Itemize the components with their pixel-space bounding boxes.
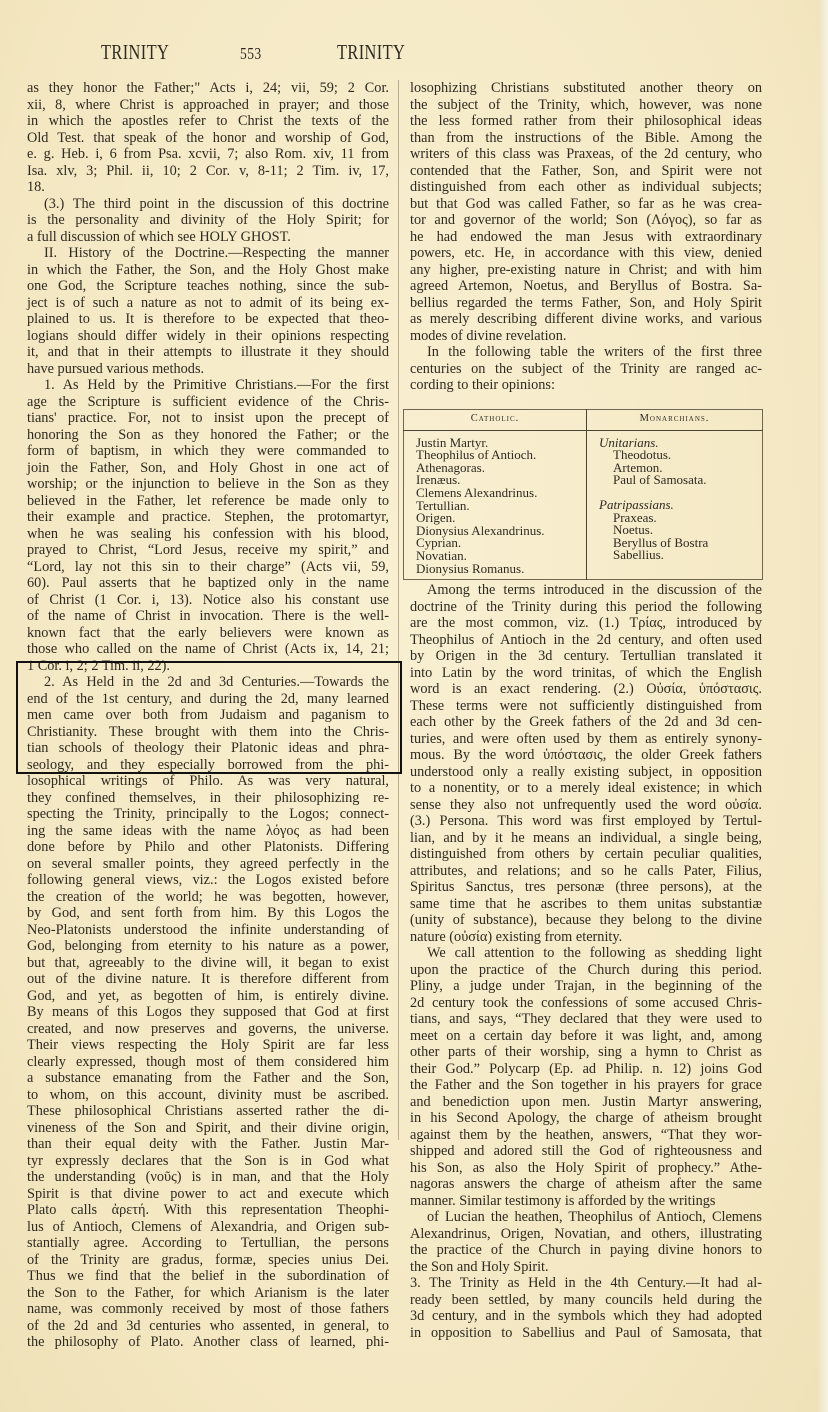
text-line: their example and practice. Stephen, the…	[27, 509, 389, 526]
text-line: out of the divine nature. It is therefor…	[27, 971, 389, 988]
text-line: distinguished from each other as individ…	[410, 179, 762, 196]
text-line: word is an exact rendering. (2.) Οὐσία, …	[410, 681, 762, 698]
text-line: Old Test. that speak of the honor and wo…	[27, 130, 389, 147]
text-line: distinguished from others by certain pec…	[410, 846, 762, 863]
text-line: by God, and sent forth from him. By this…	[27, 905, 389, 922]
running-header: TRINITY 553 TRINITY	[0, 40, 828, 70]
monarchian-writer: Paul of Samosata.	[613, 474, 758, 487]
unitarians-list: Theodotus.Artemon.Paul of Samosata.	[599, 449, 758, 487]
page-edge	[818, 0, 828, 1412]
monarchians-cell: Unitarians. Theodotus.Artemon.Paul of Sa…	[587, 430, 763, 580]
text-line: 60). Paul asserts that he baptized only …	[27, 575, 389, 592]
text-line: by Origen in the 3d century. Tertullian …	[410, 648, 762, 665]
text-line: the Father and the Son together in his p…	[410, 1077, 762, 1094]
text-line: prayed to Christ, “Lord Jesus, receive m…	[27, 542, 389, 559]
text-line: 2. As Held in the 2d and 3d Centuries.—T…	[27, 674, 389, 691]
text-line: lus of Antioch, Clemens of Alexandria, a…	[27, 1219, 389, 1236]
text-line: end of the 1st century, and during the 2…	[27, 691, 389, 708]
text-line: logians should differ widely in their op…	[27, 328, 389, 345]
catholic-cell: Justin Martyr.Theophilus of Antioch.Athe…	[404, 430, 587, 580]
text-line: honoring the Son as they honored the Fat…	[27, 427, 389, 444]
text-line: Their views respecting the Holy Spirit a…	[27, 1037, 389, 1054]
text-line: tian schools of theology their Platonic …	[27, 740, 389, 757]
text-line: he had endowed the man Jesus with extrao…	[410, 229, 762, 246]
text-line: same time that he ascribes to them unita…	[410, 896, 762, 913]
text-line: We call attention to the following as sh…	[410, 945, 762, 962]
text-line: done before by Philo and other Platonist…	[27, 839, 389, 856]
catholic-writer: Dionysius Romanus.	[416, 563, 582, 576]
text-line: known fact that the early believers were…	[27, 625, 389, 642]
text-line: one God, the Scripture teaches nothing, …	[27, 278, 389, 295]
text-line: the Son and Holy Spirit.	[410, 1259, 762, 1276]
text-line: the subject of the Trinity, which, howev…	[410, 97, 762, 114]
text-line: plained to us. It is therefore to be exp…	[27, 311, 389, 328]
text-line: vineness of the Son and Spirit, and thei…	[27, 1120, 389, 1137]
text-line: when he was sealing his confession with …	[27, 526, 389, 543]
text-line: the Son to the Father, for which Arianis…	[27, 1285, 389, 1302]
text-line: than from the instructions of the Bible.…	[410, 130, 762, 147]
text-line: men came over both from Judaism and paga…	[27, 707, 389, 724]
text-line: upon the practice of the Church during t…	[410, 962, 762, 979]
text-line: age the Scripture is sufficient evidence…	[27, 394, 389, 411]
header-right-title: TRINITY	[337, 40, 405, 65]
text-line: believed in the Father, let reference be…	[27, 493, 389, 510]
monarchian-writer: Sabellius.	[613, 549, 758, 562]
text-line: specting the Trinity, principally to the…	[27, 806, 389, 823]
text-line: tyr expressly declares that the Son is i…	[27, 1153, 389, 1170]
text-line: have pursued various methods.	[27, 361, 389, 378]
text-line: writers of this class was Praxeas, of th…	[410, 146, 762, 163]
text-line: modes of divine revelation.	[410, 328, 762, 345]
text-line: In the following table the writers of th…	[410, 344, 762, 361]
text-line: 1 Cor. i, 2; 2 Tim. ii, 22).	[27, 658, 389, 675]
text-line: ject is of such a nature as not to admit…	[27, 295, 389, 312]
text-line: join the Father, Son, and Holy Ghost in …	[27, 460, 389, 477]
text-line: attributes, and relations; and so he cal…	[410, 863, 762, 880]
catholic-list: Justin Martyr.Theophilus of Antioch.Athe…	[416, 437, 582, 576]
text-line: Spiritus Sanctus, tres personæ (three pe…	[410, 879, 762, 896]
text-line: shipped and adored still the God of righ…	[410, 1143, 762, 1160]
text-line: nagoras answers the charge of atheism af…	[410, 1176, 762, 1193]
text-line: as merely describing different divine wo…	[410, 311, 762, 328]
text-line: These terms were not sufficiently distin…	[410, 698, 762, 715]
text-line: against them by the heathen, answers, “T…	[410, 1127, 762, 1144]
text-line: II. History of the Doctrine.—Respecting …	[27, 245, 389, 262]
text-line: contended that the Father, Son, and Spir…	[410, 163, 762, 180]
text-line: losophical writings of Philo. As was ver…	[27, 773, 389, 790]
text-line: of the 2d and 3d centuries who assented,…	[27, 1318, 389, 1335]
text-line: God, and yet, as begotten of him, is ent…	[27, 988, 389, 1005]
text-line: their God.” Polycarp (Ep. ad Philip. n. …	[410, 1061, 762, 1078]
text-line: into Latin by the word trinitas, of whic…	[410, 665, 762, 682]
text-line: Alexandrinus, Origen, Novatian, and othe…	[410, 1226, 762, 1243]
text-line: losophizing Christians substituted anoth…	[410, 80, 762, 97]
text-line: other parts of their worship, sing a hym…	[410, 1044, 762, 1061]
text-line: Isa. xlv, 3; Phil. ii, 10; 2 Cor. v, 8-1…	[27, 163, 389, 180]
table-header-monarchians: Monarchians.	[587, 410, 763, 431]
text-line: created, and now preserves and governs, …	[27, 1021, 389, 1038]
header-left-title: TRINITY	[101, 40, 169, 65]
page-number: 553	[240, 44, 262, 64]
text-line: tians' practice. For, not to insist upon…	[27, 410, 389, 427]
text-line: Pliny, a judge under Trajan, in the begi…	[410, 978, 762, 995]
text-line: Thus we find that the belief in the subo…	[27, 1268, 389, 1285]
text-line: doctrine of the Trinity during this peri…	[410, 599, 762, 616]
text-line: and benediction upon men. Justin Martyr …	[410, 1094, 762, 1111]
text-line: bellius regarded the terms Father, Son, …	[410, 295, 762, 312]
text-line: 3d century, and in the symbols which the…	[410, 1308, 762, 1325]
text-line: on several smaller points, they agreed p…	[27, 856, 389, 873]
text-line: in his Second Apology, the charge of ath…	[410, 1110, 762, 1127]
text-line: but that, agreeably to the divine will, …	[27, 955, 389, 972]
text-line: each other by the Greek fathers of the 2…	[410, 714, 762, 731]
text-line: 3. The Trinity as Held in the 4th Centur…	[410, 1275, 762, 1292]
text-line: agreed Artemon, Noetus, and Beryllus of …	[410, 278, 762, 295]
text-line: of Lucian the heathen, Theophilus of Ant…	[410, 1209, 762, 1226]
text-line: those who called on the name of Christ (…	[27, 641, 389, 658]
text-line: name, was commonly received by most of t…	[27, 1301, 389, 1318]
text-line: following general views, viz.: the Logos…	[27, 872, 389, 889]
writers-table: Catholic. Monarchians. Justin Martyr.The…	[403, 409, 763, 580]
text-line: the creation of the world; he was begott…	[27, 889, 389, 906]
table-header-catholic: Catholic.	[404, 410, 587, 431]
text-line: to whom, on this account, divinity must …	[27, 1087, 389, 1104]
text-line: form of baptism, in which they were comm…	[27, 443, 389, 460]
text-line: e. g. Heb. i, 6 from Psa. xcvii, 7; also…	[27, 146, 389, 163]
text-line: his Son, as also the Holy Spirit of prop…	[410, 1160, 762, 1177]
text-line: it, and that in their attempts to illust…	[27, 344, 389, 361]
text-line: worship; or the injunction to believe in…	[27, 476, 389, 493]
left-column: as they honor the Father;" Acts i, 24; v…	[27, 80, 389, 1351]
text-line: lian, and by it he means an individual, …	[410, 830, 762, 847]
text-line: tor and governor of the world; Son (Λόγο…	[410, 212, 762, 229]
text-line: in opposition to Sabellius and Paul of S…	[410, 1325, 762, 1342]
right-column-bottom: Among the terms introduced in the discus…	[410, 582, 762, 1341]
text-line: cording to their opinions:	[410, 377, 762, 394]
text-line: stantially agree. According to Tertullia…	[27, 1235, 389, 1252]
right-column-top: losophizing Christians substituted anoth…	[410, 80, 762, 394]
text-line: to a nonentity, or to a merely ideal exi…	[410, 780, 762, 797]
text-line: the less formed rather from their philos…	[410, 113, 762, 130]
text-line: centuries on the subject of the Trinity …	[410, 361, 762, 378]
text-line: 2d century took the confessions of some …	[410, 995, 762, 1012]
text-line: By means of this Logos they supposed tha…	[27, 1004, 389, 1021]
text-line: Among the terms introduced in the discus…	[410, 582, 762, 599]
text-line: ing the same ideas with the name λόγος a…	[27, 823, 389, 840]
text-line: These philosophical Christians asserted …	[27, 1103, 389, 1120]
text-line: clearly expressed, though most of them c…	[27, 1054, 389, 1071]
text-line: than their equal deity with the Father. …	[27, 1136, 389, 1153]
text-line: understood only a really existing subjec…	[410, 764, 762, 781]
text-line: in which the Father, the Son, and the Ho…	[27, 262, 389, 279]
text-line: (unity of substance), because they belon…	[410, 912, 762, 929]
text-line: of the name of Christ in invocation. The…	[27, 608, 389, 625]
text-line: sense they also not unfrequently used th…	[410, 797, 762, 814]
text-line: mous. By the word ὑπόστασις, the older G…	[410, 747, 762, 764]
patripassians-list: Praxeas.Noetus.Beryllus of BostraSabelli…	[599, 512, 758, 562]
text-line: any higher, pre-existing nature in Chris…	[410, 262, 762, 279]
text-line: Spirit is that divine power to act and e…	[27, 1186, 389, 1203]
text-line: nature (οὐσία) existing from eternity.	[410, 929, 762, 946]
text-line: as they honor the Father;" Acts i, 24; v…	[27, 80, 389, 97]
text-line: is the personality and divinity of the H…	[27, 212, 389, 229]
text-line: (3.) Persona. This word was first employ…	[410, 813, 762, 830]
column-divider	[398, 80, 399, 1140]
text-line: Theophilus of Antioch in the 2d century,…	[410, 632, 762, 649]
text-line: they confined themselves, in their philo…	[27, 790, 389, 807]
text-line: meet on a certain day before it was ligh…	[410, 1028, 762, 1045]
text-line: the philosophy of Plato. Another class o…	[27, 1334, 389, 1351]
text-line: ready been settled, by many councils hel…	[410, 1292, 762, 1309]
text-line: of the Trinity are gradus, formæ, specie…	[27, 1252, 389, 1269]
text-line: in which the apostles refer to Christ th…	[27, 113, 389, 130]
text-line: 1. As Held by the Primitive Christians.—…	[27, 377, 389, 394]
text-line: 18.	[27, 179, 389, 196]
text-line: turies, and were often used by them as e…	[410, 731, 762, 748]
text-line: the practice of the Church in paying div…	[410, 1242, 762, 1259]
text-line: the understanding (νοῦς) is in man, and …	[27, 1169, 389, 1186]
text-line: “Lord, lay not this sin to their charge”…	[27, 559, 389, 576]
text-line: but that God was called Father, so far a…	[410, 196, 762, 213]
text-line: (3.) The third point in the discussion o…	[27, 196, 389, 213]
text-line: God, belonging from eternity to his natu…	[27, 938, 389, 955]
text-line: seology, and they especially borrowed fr…	[27, 757, 389, 774]
text-line: of Christ (1 Cor. i, 13). Notice also hi…	[27, 592, 389, 609]
text-line: are the most common, viz. (1.) Τρίας, in…	[410, 615, 762, 632]
text-line: a full discussion of which see HOLY GHOS…	[27, 229, 389, 246]
text-line: tians, and says, “They declared that the…	[410, 1011, 762, 1028]
text-line: xii, 8, where Christ is approached in pr…	[27, 97, 389, 114]
text-line: Neo-Platonists understood the infinite u…	[27, 922, 389, 939]
text-line: powers, etc. He, in accordance with this…	[410, 245, 762, 262]
text-line: manner. Similar testimony is afforded by…	[410, 1193, 762, 1210]
text-line: Plato calls ἀρετή. With this representat…	[27, 1202, 389, 1219]
text-line: a substance emanating from the Father an…	[27, 1070, 389, 1087]
text-line: Christianity. These brought with them in…	[27, 724, 389, 741]
